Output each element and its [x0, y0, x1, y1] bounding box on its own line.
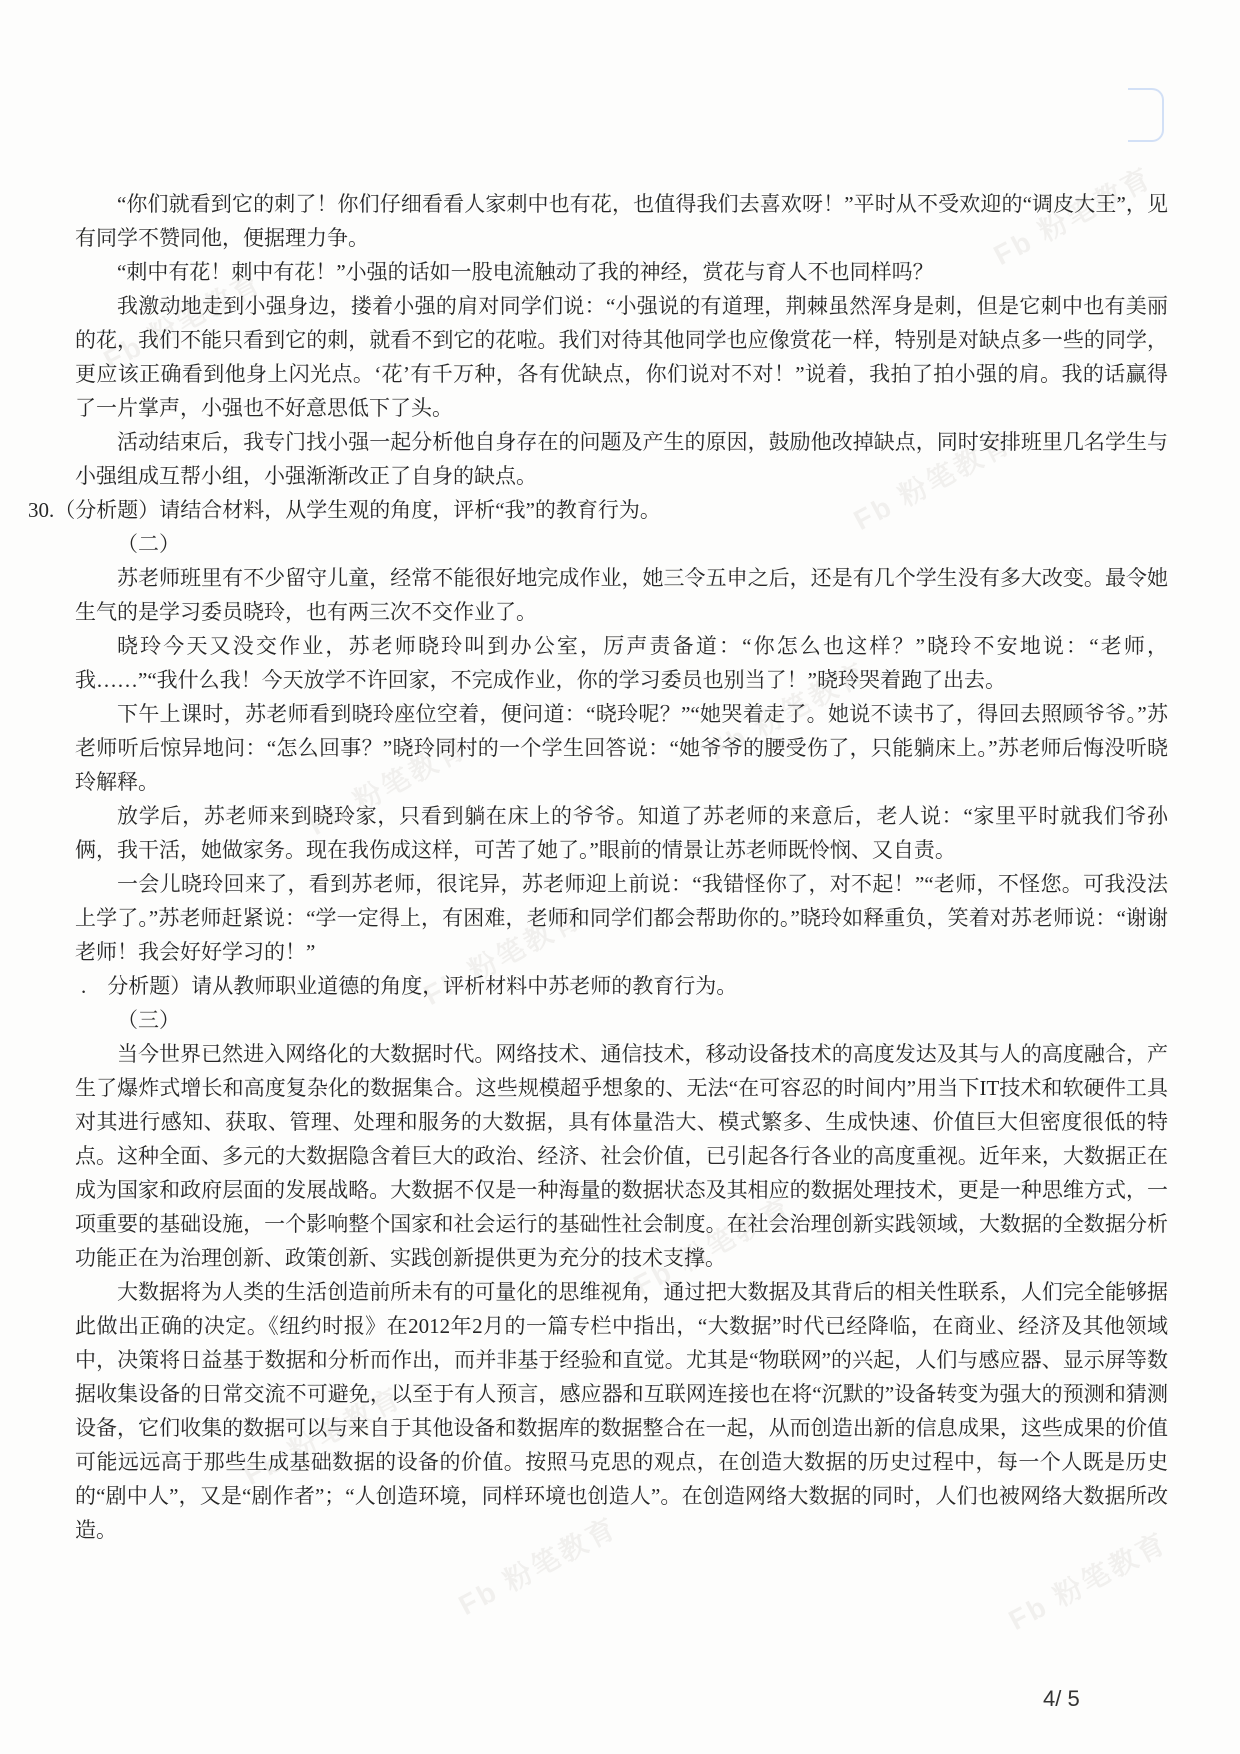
paragraph: 大数据将为人类的生活创造前所未有的可量化的思维视角，通过把大数据及其背后的相关性… — [75, 1275, 1168, 1547]
paragraph: 我激动地走到小强身边，搂着小强的肩对同学们说：“小强说的有道理，荆棘虽然浑身是刺… — [75, 289, 1168, 425]
rounded-corner-artifact — [1128, 88, 1164, 142]
paragraph: “你们就看到它的刺了！你们仔细看看人家刺中也有花，也值得我们去喜欢呀！”平时从不… — [75, 187, 1168, 255]
paragraph: 当今世界已然进入网络化的大数据时代。网络技术、通信技术，移动设备技术的高度发达及… — [75, 1037, 1168, 1275]
paragraph: 一会儿晓玲回来了，看到苏老师，很诧异，苏老师迎上前说：“我错怪你了，对不起！”“… — [75, 867, 1168, 969]
document-page: Fb 粉笔教育 Fb 粉笔教育 Fb 粉笔教育 Fb 粉笔教育 Fb 粉笔教育 … — [0, 0, 1240, 1754]
section-header-2: （二） — [75, 527, 1168, 561]
paragraph: 晓玲今天又没交作业，苏老师晓玲叫到办公室，厉声责备道：“你怎么也这样？”晓玲不安… — [75, 629, 1168, 697]
question-31: . 分析题）请从教师职业道德的角度，评析材料中苏老师的教育行为。 — [75, 969, 1168, 1003]
question-30: 30.（分析题）请结合材料，从学生观的角度，评析“我”的教育行为。 — [28, 493, 1168, 527]
document-body: “你们就看到它的刺了！你们仔细看看人家刺中也有花，也值得我们去喜欢呀！”平时从不… — [75, 187, 1168, 1547]
paragraph: “刺中有花！刺中有花！”小强的话如一股电流触动了我的神经，赏花与育人不也同样吗？ — [75, 255, 1168, 289]
section-header-3: （三） — [75, 1003, 1168, 1037]
paragraph: 下午上课时，苏老师看到晓玲座位空着，便问道：“晓玲呢？”“她哭着走了。她说不读书… — [75, 697, 1168, 799]
paragraph: 活动结束后，我专门找小强一起分析他自身存在的问题及产生的原因，鼓励他改掉缺点，同… — [75, 425, 1168, 493]
paragraph: 放学后，苏老师来到晓玲家，只看到躺在床上的爷爷。知道了苏老师的来意后，老人说：“… — [75, 799, 1168, 867]
page-number: 4/ 5 — [1043, 1686, 1080, 1712]
paragraph: 苏老师班里有不少留守儿童，经常不能很好地完成作业，她三令五申之后，还是有几个学生… — [75, 561, 1168, 629]
